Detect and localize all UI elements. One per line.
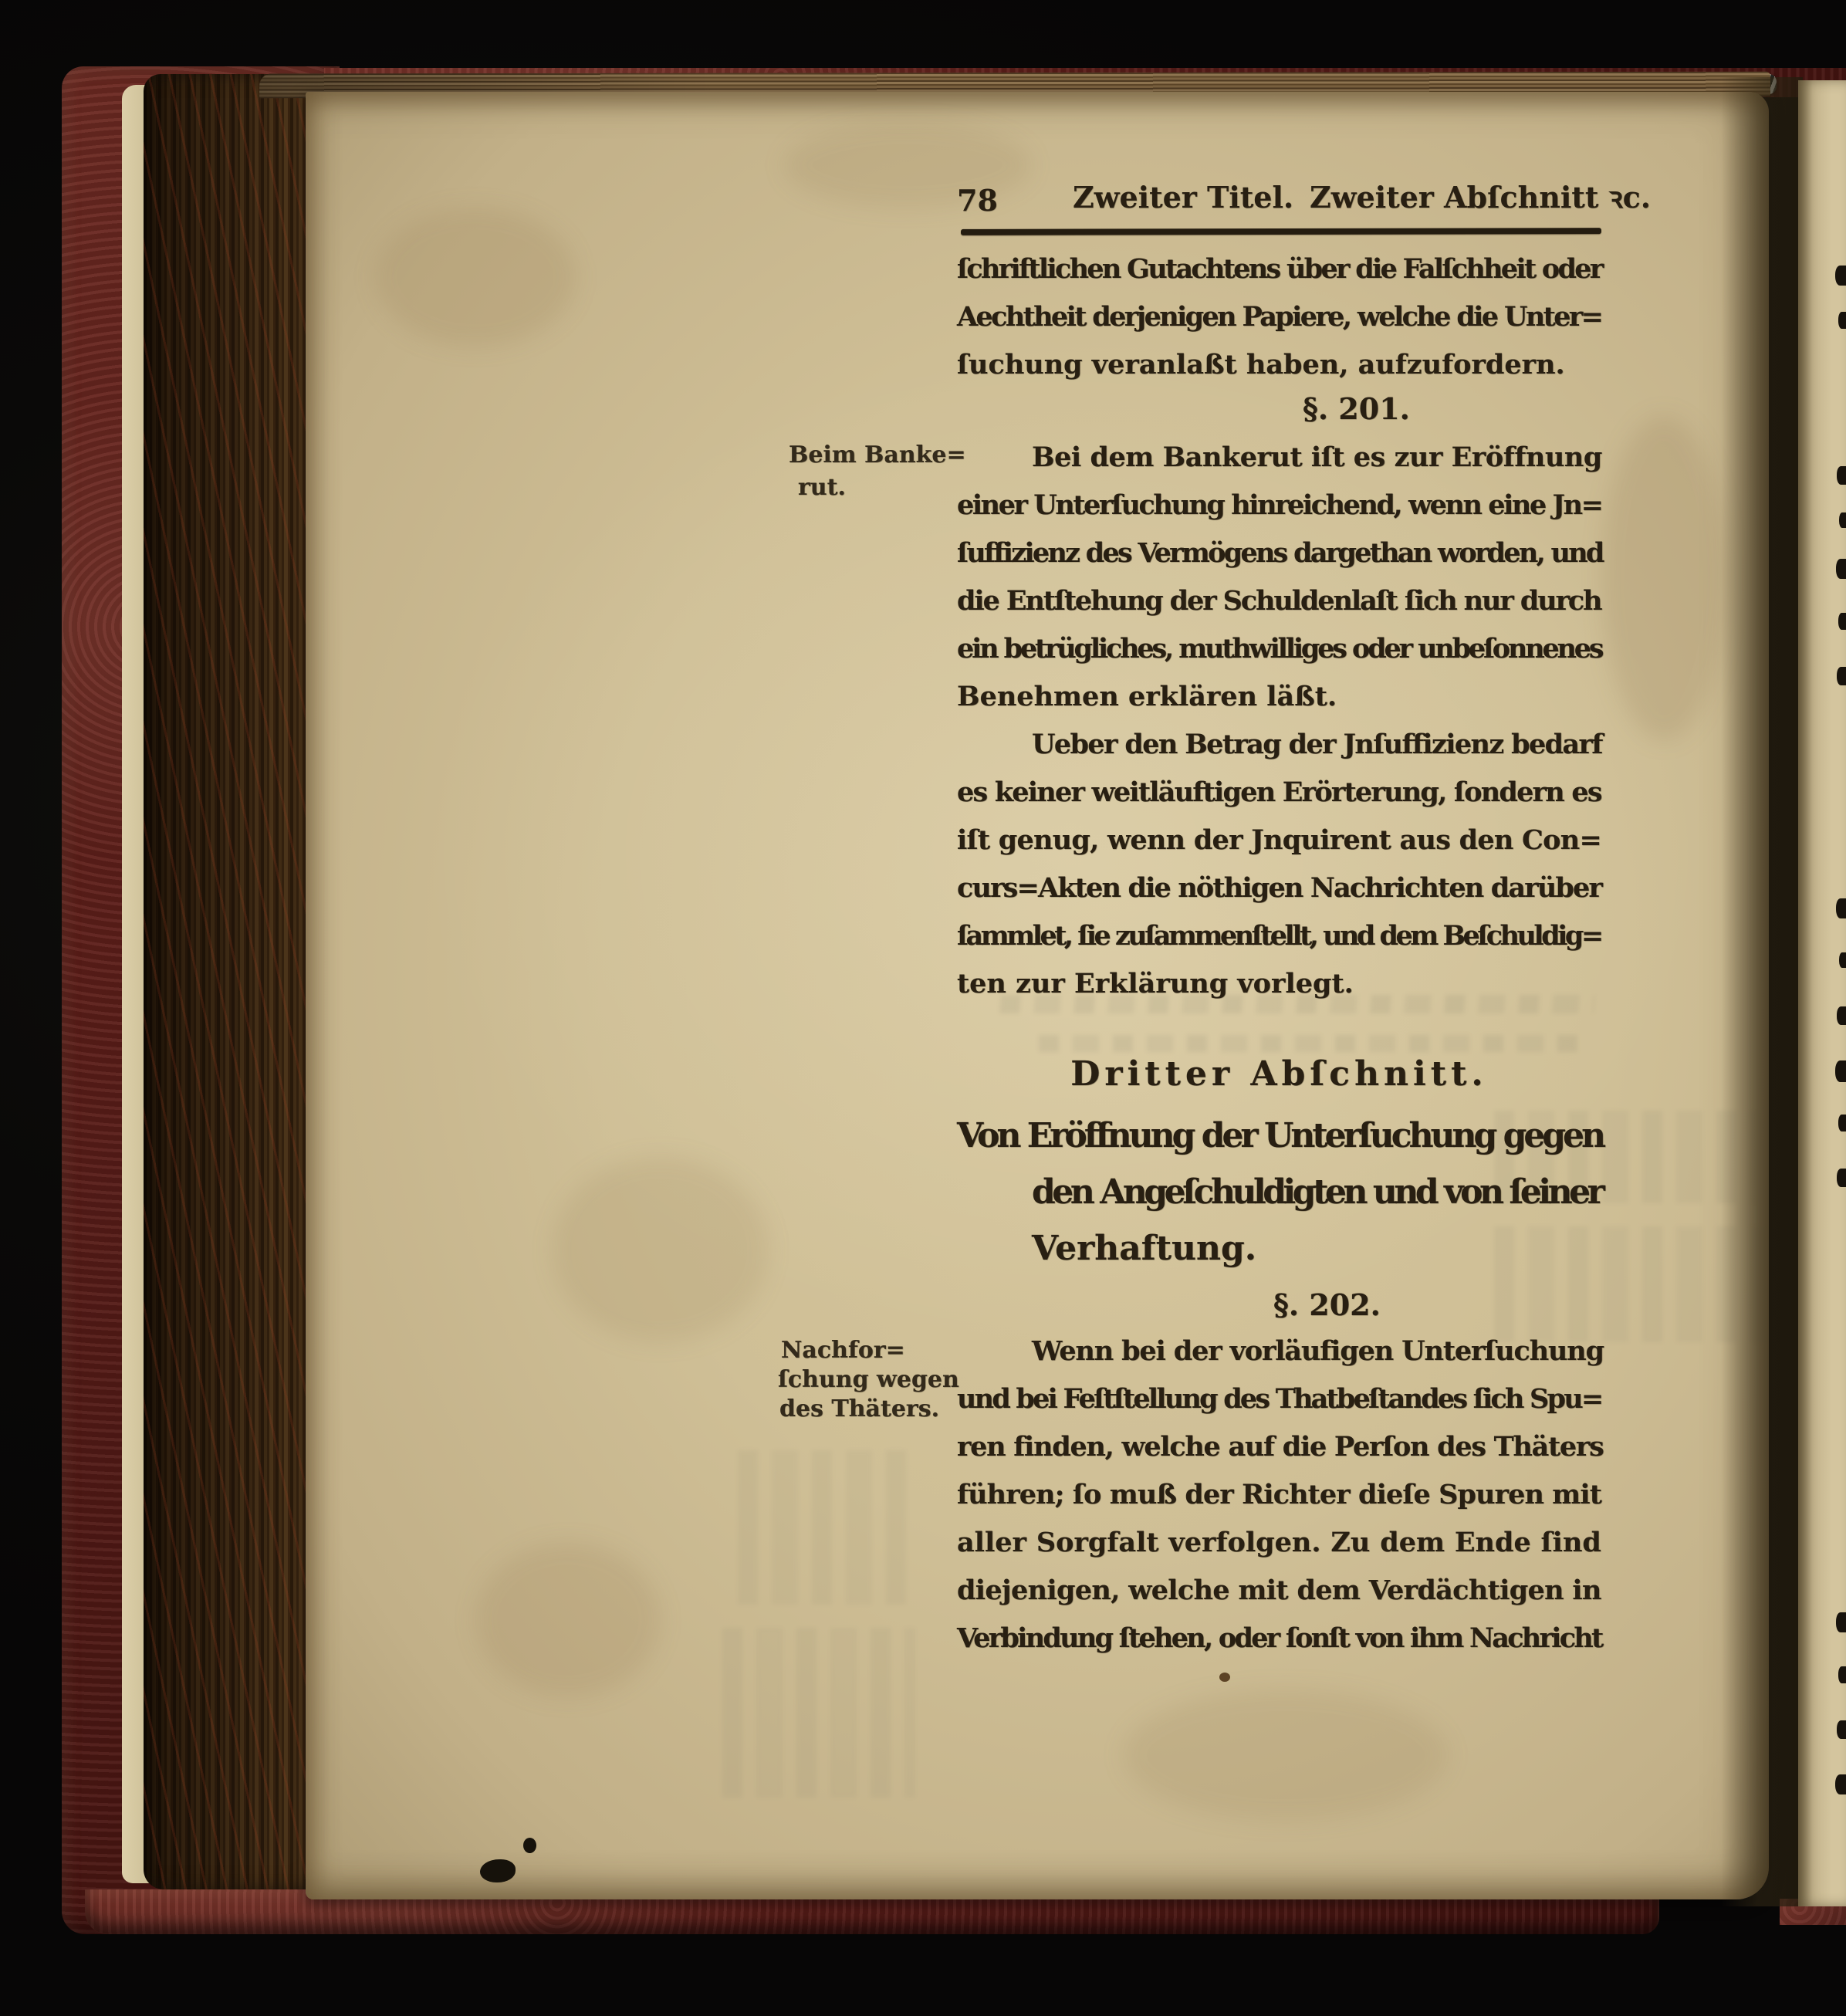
text-line: ſammlet, ſie zuſammenſtellt, und dem Beſ… — [957, 922, 1601, 951]
text-line: den Angeſchuldigten und von ſeiner — [1032, 1175, 1601, 1210]
text-fragment — [1835, 266, 1846, 286]
paper-stain — [375, 208, 576, 347]
margin-note-line: Beim Banke= — [789, 443, 966, 468]
show-through-text — [722, 1628, 915, 1798]
text-fragment — [1835, 1774, 1846, 1794]
text-line: Verhaftung. — [1032, 1231, 1256, 1267]
text-line: Ueber den Betrag der Jnſuffizienz bedarf — [1032, 731, 1602, 759]
ink-blot — [523, 1838, 536, 1853]
text-line: ſuchung veranlaßt haben, aufzufordern. — [957, 351, 1565, 380]
text-fragment — [1838, 1666, 1846, 1683]
text-line: ren finden, welche auf die Perſon des Th… — [957, 1433, 1604, 1462]
text-line: curs=Akten die nöthigen Nachrichten darü… — [957, 874, 1601, 903]
page-number: 78 — [957, 185, 998, 216]
text-fragment — [1838, 1115, 1846, 1131]
text-fragment — [1836, 559, 1846, 579]
text-fragment — [1838, 613, 1846, 630]
text-line: die Entſtehung der Schuldenlaſt ſich nur… — [957, 587, 1601, 616]
text-fragment — [1837, 667, 1846, 685]
text-line: ein betrügliches, muthwilliges oder unbe… — [957, 635, 1601, 664]
show-through-text — [738, 1450, 908, 1605]
paper-stain — [1124, 1690, 1448, 1821]
paper-stain — [1602, 416, 1726, 740]
margin-note-line: des Thäters. — [779, 1397, 939, 1422]
margin-note-line: rut. — [798, 475, 846, 500]
ink-blot — [480, 1859, 516, 1882]
show-through-text — [1039, 1035, 1579, 1052]
text-line: diejenigen, welche mit dem Verdächtigen … — [957, 1577, 1601, 1605]
margin-note-line: ſchung wegen — [778, 1368, 959, 1392]
text-line: ſuffizienz des Vermögens dargethan worde… — [957, 540, 1603, 568]
text-line: Benehmen erklären läßt. — [957, 683, 1337, 712]
paper-stain — [553, 1157, 769, 1342]
text-line: und bei Feſtſtellung des Thatbeſtandes ſ… — [957, 1385, 1601, 1414]
text-line: Bei dem Bankerut iſt es zur Eröffnung — [1032, 444, 1602, 472]
text-fragment — [1837, 466, 1846, 485]
paper-stain — [475, 1543, 661, 1697]
running-header-left: Zweiter Titel. — [1073, 182, 1293, 213]
margin-note-line: Nachfor= — [781, 1338, 905, 1363]
next-page-edge — [1798, 80, 1846, 1906]
running-header-right: Zweiter Abſchnitt ꝛc. — [1310, 182, 1651, 213]
text-line: einer Unterſuchung hinreichend, wenn ein… — [957, 492, 1602, 520]
text-line: aller Sorgfalt verfolgen. Zu dem Ende ſi… — [957, 1529, 1601, 1558]
text-fragment — [1837, 1006, 1846, 1025]
chapter-heading: Dritter Abſchnitt. — [957, 1057, 1601, 1092]
text-fragment — [1837, 1720, 1846, 1739]
text-line: ten zur Erklärung vorlegt. — [957, 970, 1354, 999]
text-line: Verbindung ſtehen, oder ſonſt von ihm Na… — [957, 1625, 1601, 1653]
book-scan: 78 Zweiter Titel. Zweiter Abſchnitt ꝛc. … — [0, 0, 1846, 2016]
text-line: Wenn bei der vorläufigen Unterſuchung — [1032, 1338, 1604, 1366]
text-fragment — [1836, 898, 1846, 918]
text-fragment — [1839, 952, 1846, 968]
gutter-shadow — [1721, 77, 1803, 1906]
text-line: führen; ſo muß der Richter dieſe Spuren … — [957, 1481, 1601, 1510]
text-fragment — [1835, 1060, 1846, 1082]
text-fragment — [1839, 512, 1846, 528]
text-line: ſchriftlichen Gutachtens über die Falſch… — [957, 255, 1602, 284]
section-number: §. 202. — [1273, 1290, 1381, 1321]
speck — [1219, 1673, 1230, 1682]
text-line: Aechtheit derjenigen Papiere, welche die… — [957, 303, 1601, 332]
section-number: §. 201. — [1303, 394, 1410, 425]
text-line: es keiner weitläuftigen Erörterung, ſond… — [957, 779, 1601, 807]
text-line: iſt genug, wenn der Jnquirent aus den Co… — [957, 827, 1601, 855]
text-fragment — [1836, 1612, 1846, 1632]
text-fragment — [1837, 1169, 1846, 1187]
text-fragment — [1838, 312, 1846, 329]
text-line: Von Eröffnung der Unterſuchung gegen — [957, 1118, 1603, 1154]
